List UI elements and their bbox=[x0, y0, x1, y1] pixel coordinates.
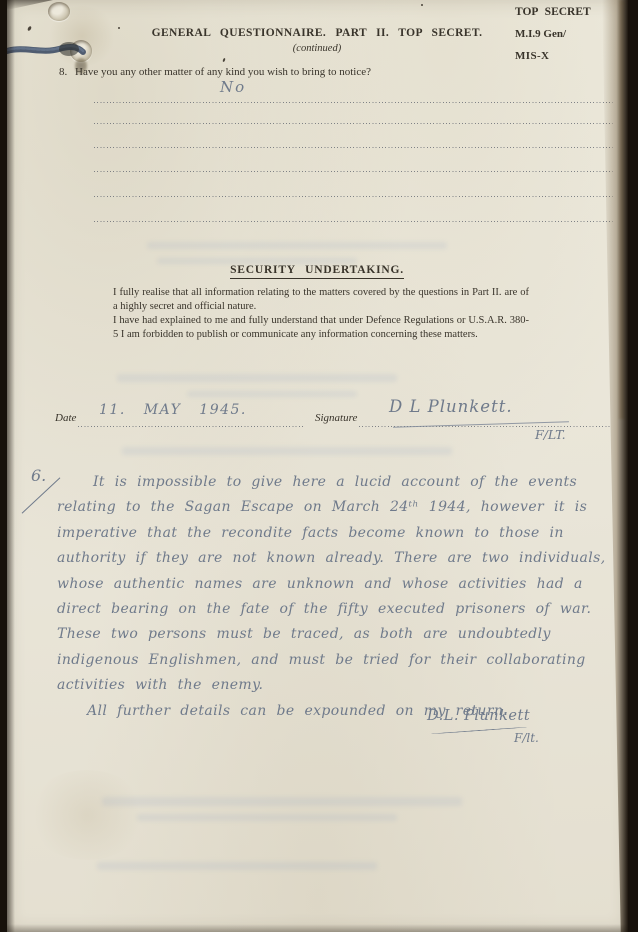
answer-line bbox=[94, 220, 613, 222]
bleedthrough-text bbox=[147, 242, 447, 249]
ink-speck bbox=[222, 58, 225, 62]
note6-line: direct bearing on the fate of the fifty … bbox=[57, 597, 625, 622]
question8-handwritten-answer: No bbox=[220, 78, 246, 96]
answer-line bbox=[94, 195, 613, 197]
bleedthrough-text bbox=[117, 374, 397, 382]
document-page: TOP SECRET GENERAL QUESTIONNAIRE. PART I… bbox=[7, 0, 628, 932]
security-undertaking-section: SECURITY UNDERTAKING. bbox=[117, 260, 517, 279]
bleedthrough-text bbox=[102, 797, 462, 806]
paper-stain bbox=[27, 770, 147, 860]
reference-mi9: M.I.9 Gen/ bbox=[515, 28, 566, 40]
page-left-edge bbox=[7, 0, 15, 932]
top-secret-stamp: TOP SECRET bbox=[515, 6, 591, 18]
question8-text: Have you any other matter of any kind yo… bbox=[75, 66, 371, 78]
bleedthrough-text bbox=[137, 814, 397, 821]
note6-line: It is impossible to give here a lucid ac… bbox=[57, 470, 625, 495]
note6-line: activities with the enemy. bbox=[57, 673, 625, 698]
ink-speck bbox=[421, 4, 423, 6]
note6-line: whose authentic names are unknown and wh… bbox=[57, 572, 625, 597]
page-right-edge bbox=[602, 0, 628, 932]
note6-rank: F/lt. bbox=[514, 731, 539, 745]
question8-number: 8. bbox=[59, 66, 67, 78]
answer-line bbox=[94, 170, 613, 172]
handwritten-date: 11. MAY 1945. bbox=[99, 402, 247, 418]
answer-line bbox=[94, 146, 613, 148]
ink-speck bbox=[27, 26, 32, 32]
punch-hole bbox=[48, 2, 70, 21]
security-paragraph-1: I fully realise that all information rel… bbox=[113, 286, 529, 314]
bleedthrough-text bbox=[187, 391, 357, 397]
note6-line: imperative that the recondite facts beco… bbox=[57, 521, 625, 546]
bleedthrough-text bbox=[97, 862, 377, 870]
security-heading: SECURITY UNDERTAKING. bbox=[230, 264, 404, 279]
note6-body: It is impossible to give here a lucid ac… bbox=[57, 470, 625, 724]
note6-line: indigenous Englishmen, and must be tried… bbox=[57, 648, 625, 673]
note6-line: All further details can be expounded on … bbox=[57, 699, 625, 724]
note6-line: relating to the Sagan Escape on March 24… bbox=[57, 495, 625, 520]
signature-label: Signature bbox=[315, 412, 357, 424]
date-line bbox=[78, 425, 304, 427]
bleedthrough-text bbox=[122, 447, 452, 455]
handwritten-rank: F/LT. bbox=[535, 427, 566, 442]
page-title: GENERAL QUESTIONNAIRE. PART II. TOP SECR… bbox=[117, 27, 517, 39]
security-paragraph-2: I have had explained to me and fully und… bbox=[113, 314, 529, 342]
answer-line bbox=[94, 122, 613, 124]
binding-string bbox=[7, 36, 102, 70]
date-label: Date bbox=[55, 412, 76, 424]
page-bottom-edge bbox=[7, 924, 628, 932]
reference-misx: MIS-X bbox=[515, 50, 549, 62]
note6-line: These two persons must be traced, as bot… bbox=[57, 622, 625, 647]
note6-signature: D.L. Plunkett bbox=[427, 708, 530, 724]
note6-number: 6. bbox=[31, 466, 46, 485]
page-subtitle: (continued) bbox=[117, 43, 517, 54]
answer-line bbox=[94, 101, 613, 103]
note6-line: authority if they are not known already.… bbox=[57, 546, 625, 571]
handwritten-signature: D L Plunkett. bbox=[389, 397, 513, 416]
note6-signature-underline bbox=[431, 727, 527, 735]
